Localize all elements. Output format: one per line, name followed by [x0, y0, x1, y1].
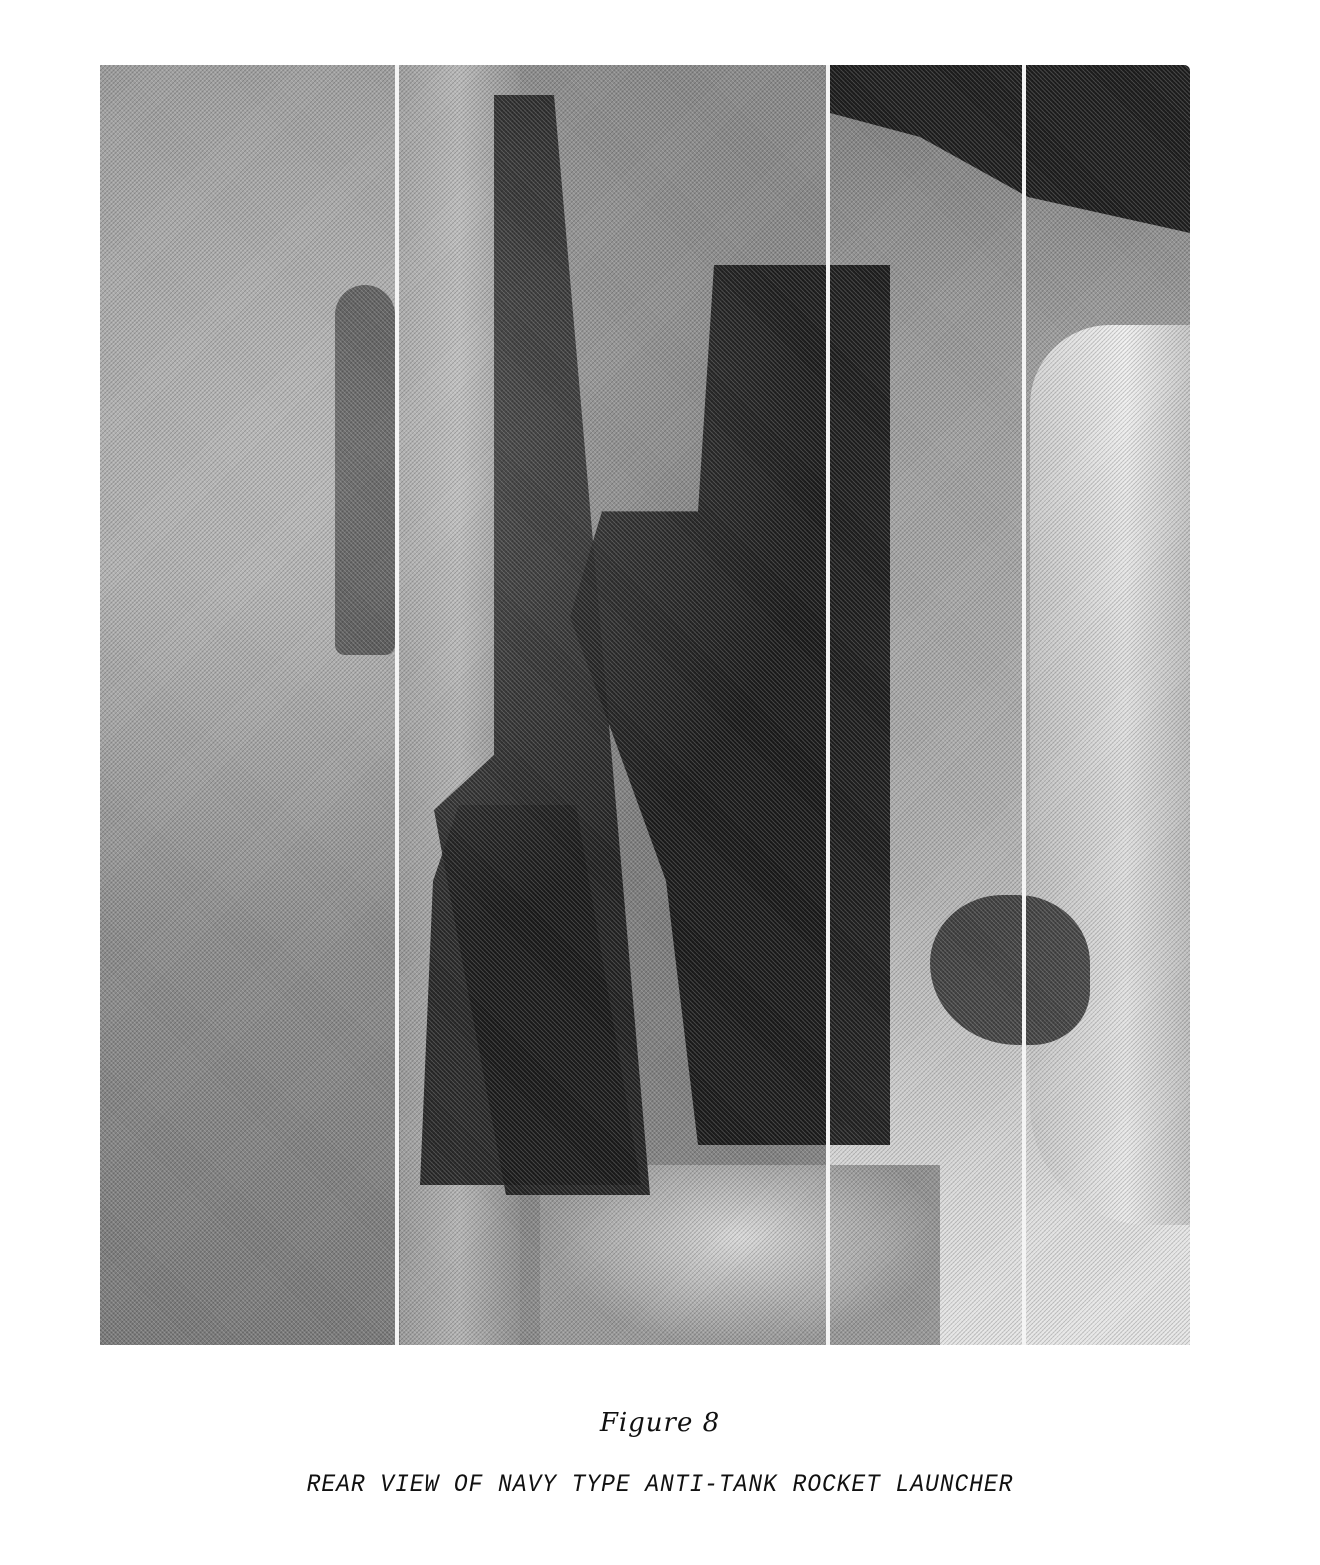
figure-label: Figure 8 [0, 1408, 1320, 1438]
scan-streak [395, 65, 399, 1345]
figure-title: REAR VIEW OF NAVY TYPE ANTI-TANK ROCKET … [53, 1470, 1267, 1499]
scan-streak [826, 65, 830, 1345]
cloth-draped-figure [1030, 325, 1190, 1225]
hanging-object [335, 285, 395, 655]
figure-photograph [100, 65, 1190, 1345]
left-wall-region [100, 65, 400, 1345]
scan-streak [1022, 65, 1026, 1345]
